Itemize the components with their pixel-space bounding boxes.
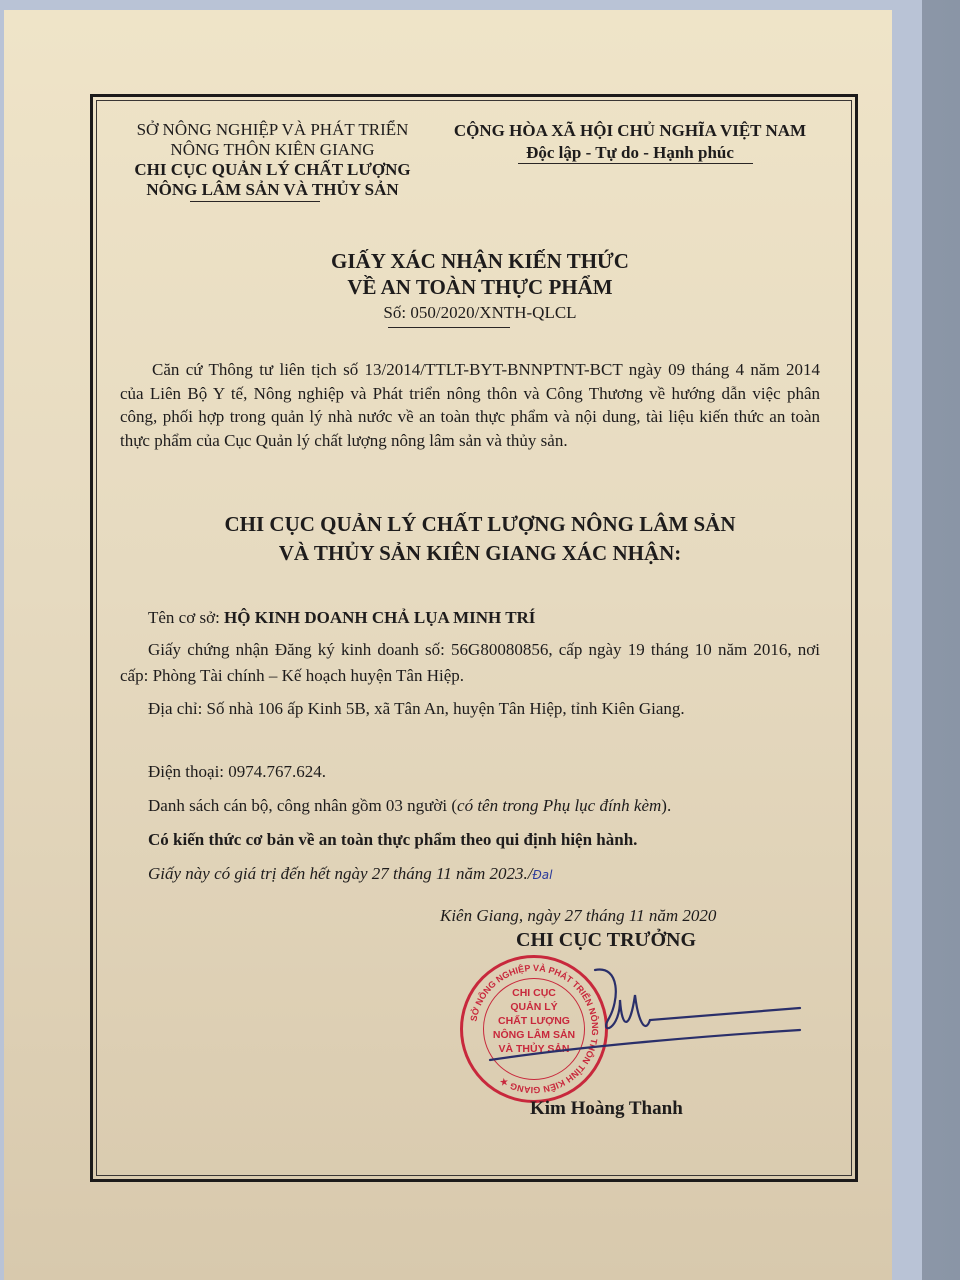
- signer-position: CHI CỤC TRƯỞNG: [516, 929, 696, 952]
- document-number: Số: 050/2020/XNTH-QLCL: [180, 300, 780, 326]
- national-motto: Độc lập - Tự do - Hạnh phúc: [430, 142, 830, 164]
- confirm-line-1: CHI CỤC QUẢN LÝ CHẤT LƯỢNG NÔNG LÂM SẢN: [130, 510, 830, 539]
- staff-prefix: Danh sách cán bộ, công nhân gồm 03 người…: [148, 796, 457, 815]
- validity-text: Giấy này có giá trị đến hết ngày 27 thán…: [148, 864, 533, 883]
- establishment-name-label: Tên cơ sở:: [148, 608, 224, 627]
- title-line-1: GIẤY XÁC NHẬN KIẾN THỨC: [180, 248, 780, 274]
- phone: Điện thoại: 0974.767.624.: [148, 760, 326, 784]
- handwritten-initials: Đal: [533, 868, 553, 882]
- issuer-line-2: NÔNG THÔN KIÊN GIANG: [100, 140, 445, 160]
- confirm-line-2: VÀ THỦY SẢN KIÊN GIANG XÁC NHẬN:: [130, 539, 830, 568]
- motto-underline: [518, 163, 753, 164]
- establishment-name-value: HỘ KINH DOANH CHẢ LỤA MINH TRÍ: [224, 608, 535, 627]
- establishment-name: Tên cơ sở: HỘ KINH DOANH CHẢ LỤA MINH TR…: [148, 606, 535, 630]
- knowledge-statement: Có kiến thức cơ bản về an toàn thực phẩm…: [148, 828, 637, 852]
- title-line-2: VỀ AN TOÀN THỰC PHẨM: [180, 274, 780, 300]
- issuer-underline: [190, 201, 320, 202]
- preamble-paragraph: Căn cứ Thông tư liên tịch số 13/2014/TTL…: [120, 358, 820, 452]
- staff-list: Danh sách cán bộ, công nhân gồm 03 người…: [148, 794, 671, 818]
- signer-name: Kim Hoàng Thanh: [530, 1098, 683, 1120]
- business-license: Giấy chứng nhận Đăng ký kinh doanh số: 5…: [120, 637, 820, 689]
- place-and-date: Kiên Giang, ngày 27 tháng 11 năm 2020: [440, 906, 716, 926]
- issuer-line-3: CHI CỤC QUẢN LÝ CHẤT LƯỢNG: [100, 160, 445, 180]
- national-motto-block: CỘNG HÒA XÃ HỘI CHỦ NGHĨA VIỆT NAM Độc l…: [430, 120, 830, 164]
- issuer-line-4: NÔNG LÂM SẢN VÀ THỦY SẢN: [100, 180, 445, 200]
- issuer-line-1: SỞ NÔNG NGHIỆP VÀ PHÁT TRIỂN: [100, 120, 445, 140]
- validity-statement: Giấy này có giá trị đến hết ngày 27 thán…: [148, 862, 553, 887]
- document-title: GIẤY XÁC NHẬN KIẾN THỨC VỀ AN TOÀN THỰC …: [180, 248, 780, 326]
- national-name: CỘNG HÒA XÃ HỘI CHỦ NGHĨA VIỆT NAM: [430, 120, 830, 142]
- address: Địa chỉ: Số nhà 106 ấp Kinh 5B, xã Tân A…: [120, 695, 820, 723]
- staff-suffix: ).: [661, 796, 671, 815]
- staff-annex-note: có tên trong Phụ lục đính kèm: [457, 796, 661, 815]
- issuer-block: SỞ NÔNG NGHIỆP VÀ PHÁT TRIỂN NÔNG THÔN K…: [100, 120, 445, 200]
- confirmation-heading: CHI CỤC QUẢN LÝ CHẤT LƯỢNG NÔNG LÂM SẢN …: [130, 510, 830, 568]
- number-underline: [388, 327, 510, 328]
- handwritten-signature-icon: [470, 960, 870, 1080]
